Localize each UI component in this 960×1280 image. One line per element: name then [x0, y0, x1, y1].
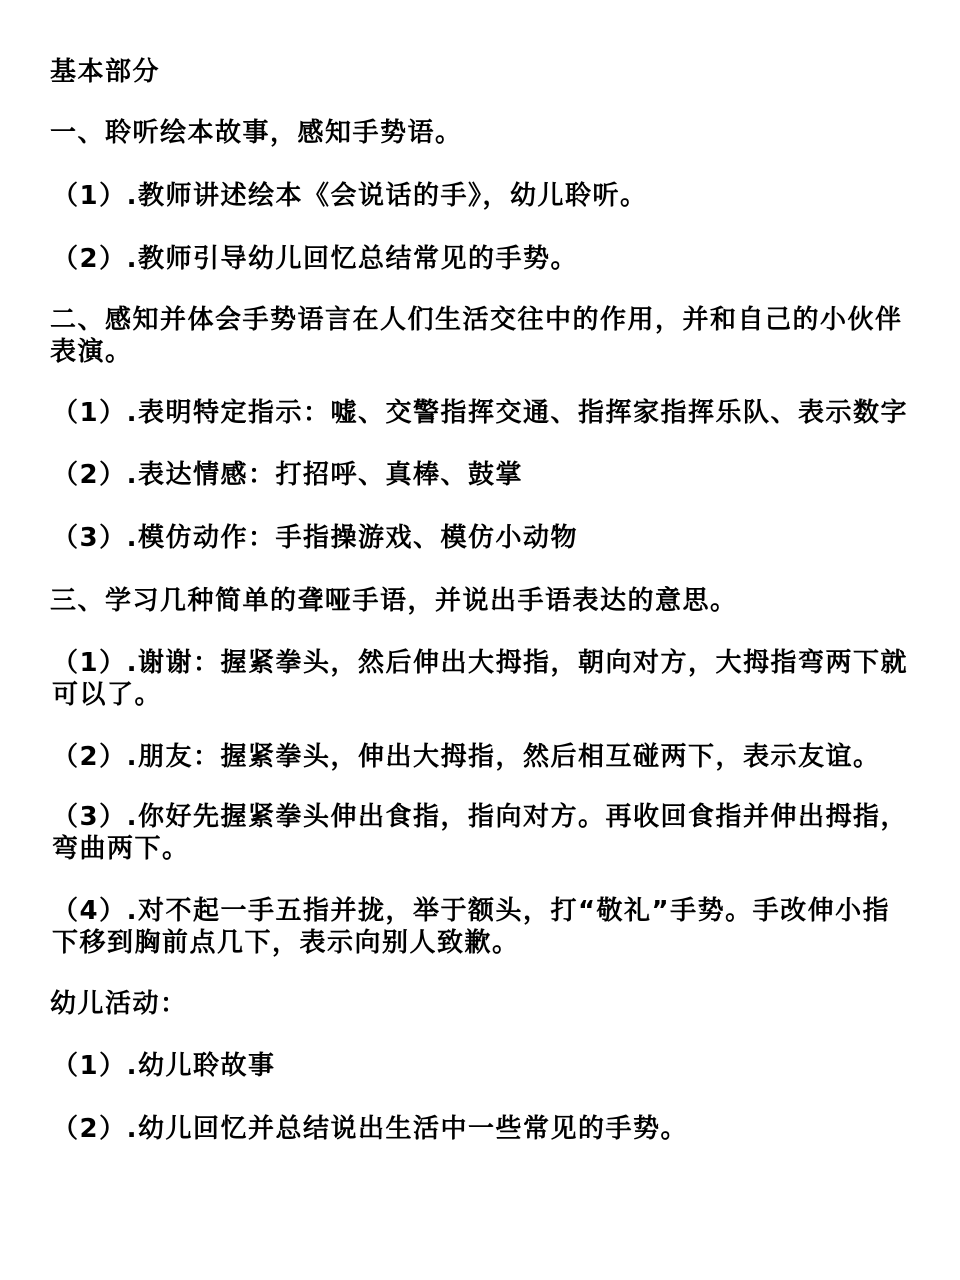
- section-3-title: 三、学习几种简单的聋哑手语，并说出手语表达的意思。: [50, 585, 910, 617]
- section-3-item-4: （4）.对不起一手五指并拢，举于额头，打“敬礼”手势。手改伸小指下移到胸前点几下…: [52, 895, 912, 959]
- section-1-item-1: （1）.教师讲述绘本《会说话的手》，幼儿聆听。: [52, 180, 912, 212]
- section-2-item-3: （3）.模仿动作：手指操游戏、模仿小动物: [52, 522, 912, 554]
- section-2-item-2: （2）.表达情感：打招呼、真棒、鼓掌: [52, 459, 912, 491]
- child-activity-title: 幼儿活动：: [50, 988, 910, 1020]
- child-activity-item-1: （1）.幼儿聆故事: [52, 1050, 912, 1082]
- document-heading: 基本部分: [50, 56, 910, 88]
- document-page: 基本部分 一、聆听绘本故事，感知手势语。 （1）.教师讲述绘本《会说话的手》，幼…: [0, 0, 960, 1280]
- section-1-item-2: （2）.教师引导幼儿回忆总结常见的手势。: [52, 243, 912, 275]
- section-2-item-1: （1）.表明特定指示：嘘、交警指挥交通、指挥家指挥乐队、表示数字: [52, 397, 912, 429]
- section-1-title: 一、聆听绘本故事，感知手势语。: [50, 117, 910, 149]
- section-2-title: 二、感知并体会手势语言在人们生活交往中的作用，并和自己的小伙伴表演。: [50, 304, 910, 368]
- section-3-item-3: （3）.你好先握紧拳头伸出食指，指向对方。再收回食指并伸出拇指，弯曲两下。: [52, 801, 912, 865]
- child-activity-item-2: （2）.幼儿回忆并总结说出生活中一些常见的手势。: [52, 1113, 912, 1145]
- section-3-item-1: （1）.谢谢：握紧拳头，然后伸出大拇指，朝向对方，大拇指弯两下就可以了。: [52, 647, 912, 711]
- section-3-item-2: （2）.朋友：握紧拳头，伸出大拇指，然后相互碰两下，表示友谊。: [52, 741, 912, 773]
